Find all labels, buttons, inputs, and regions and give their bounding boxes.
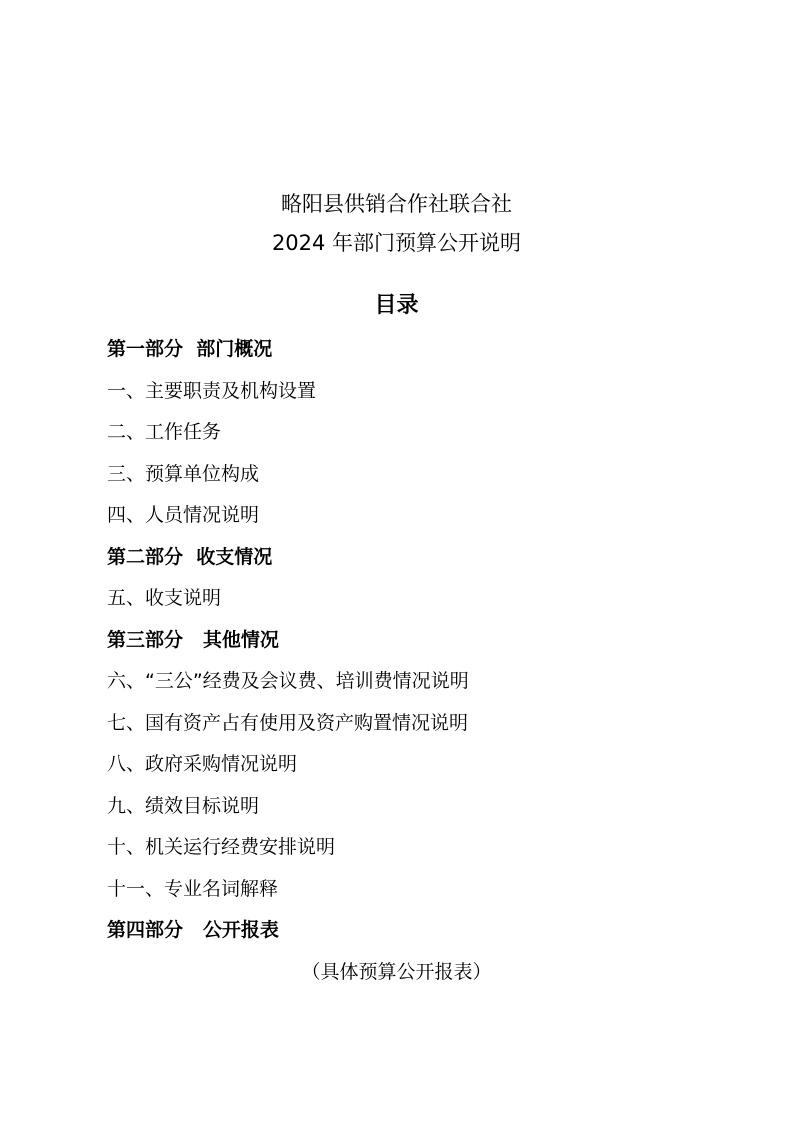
toc-item-10: 十、机关运行经费安排说明: [107, 834, 707, 876]
toc-item-9: 九、绩效目标说明: [107, 793, 707, 835]
toc-item-7: 七、国有资产占有使用及资产购置情况说明: [107, 710, 707, 752]
toc-part-4: 第四部分 公开报表: [107, 917, 707, 959]
toc-item-6: 六、“三公”经费及会议费、培训费情况说明: [107, 668, 707, 710]
toc-part-1: 第一部分 部门概况: [107, 336, 707, 378]
table-of-contents: 第一部分 部门概况 一、主要职责及机构设置 二、工作任务 三、预算单位构成 四、…: [107, 336, 707, 959]
toc-heading: 目录: [0, 291, 793, 321]
toc-item-3: 三、预算单位构成: [107, 461, 707, 503]
document-title-line1: 略阳县供销合作社联合社: [0, 190, 793, 218]
toc-item-4: 四、人员情况说明: [107, 502, 707, 544]
toc-item-8: 八、政府采购情况说明: [107, 751, 707, 793]
toc-item-5: 五、收支说明: [107, 585, 707, 627]
document-title-line2: 2024 年部门预算公开说明: [0, 229, 793, 257]
toc-item-11: 十一、专业名词解释: [107, 876, 707, 918]
toc-part-3: 第三部分 其他情况: [107, 627, 707, 669]
toc-item-1: 一、主要职责及机构设置: [107, 378, 707, 420]
toc-part-2: 第二部分 收支情况: [107, 544, 707, 586]
report-note: （具体预算公开报表）: [0, 959, 793, 986]
toc-item-2: 二、工作任务: [107, 419, 707, 461]
